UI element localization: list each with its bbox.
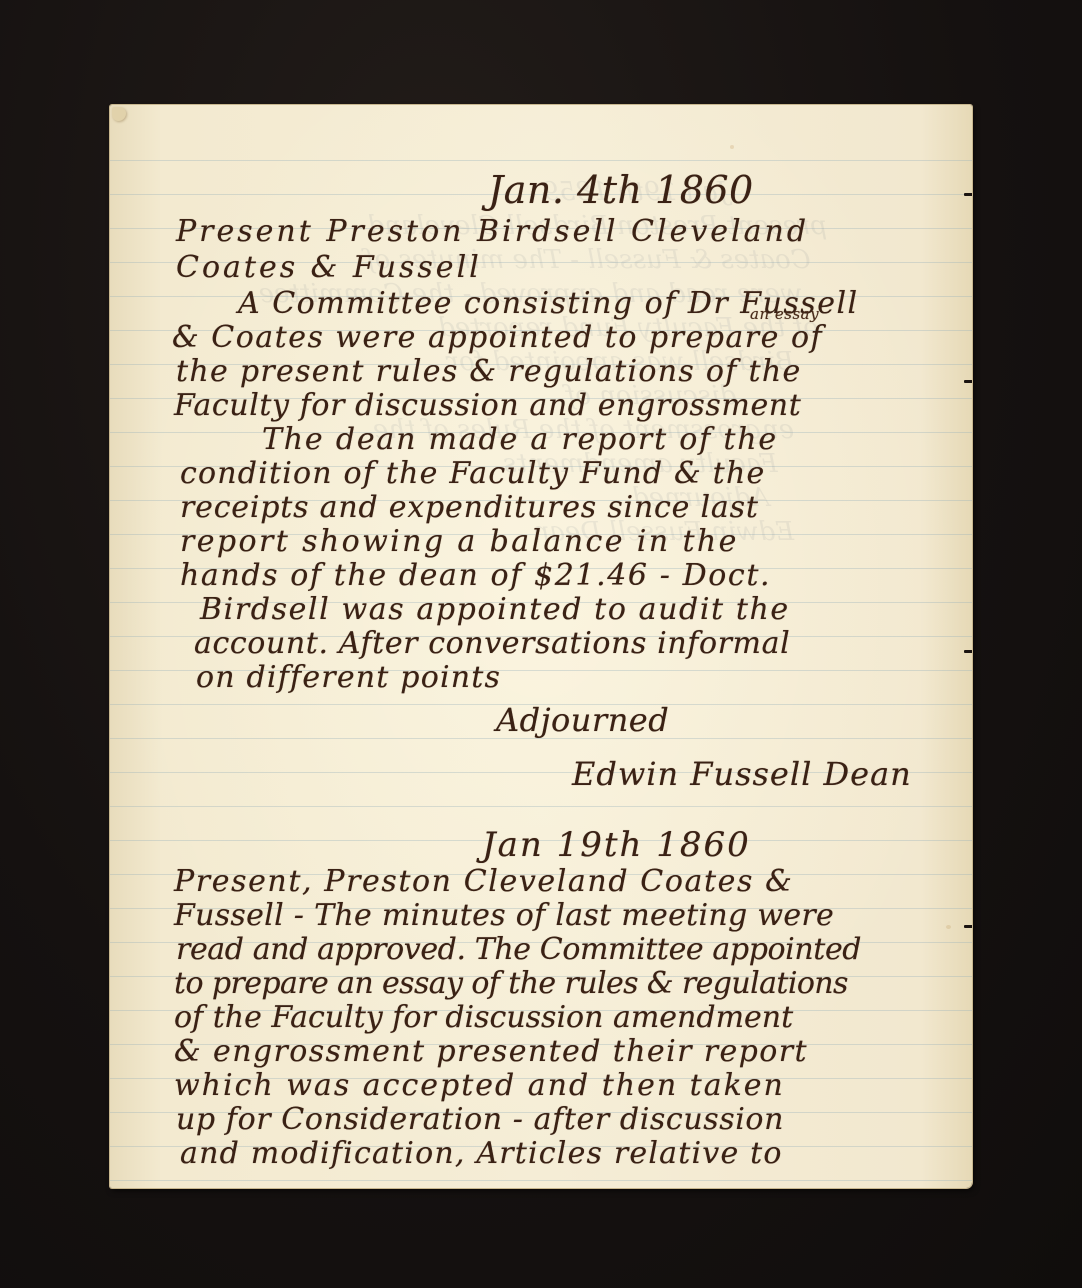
entry1-line: Coates & Fussell <box>176 251 482 285</box>
entry2-line: of the Faculty for discussion amendment <box>174 1001 793 1035</box>
entry1-line: & Coates were appointed to prepare of <box>172 321 823 355</box>
entry1-line: the present rules & regulations of the <box>176 355 802 389</box>
entry2-line: Present, Preston Cleveland Coates & <box>174 865 793 899</box>
entry1-date: Jan. 4th 1860 <box>488 170 754 210</box>
entry1-line: report showing a balance in the <box>180 525 739 559</box>
entry1-line: receipts and expenditures since last <box>180 491 759 525</box>
binding-stitch <box>964 925 972 928</box>
entry2-line: up for Consideration - after discussion <box>176 1103 784 1137</box>
entry1-line: on different points <box>196 661 501 695</box>
entry1-closing: Adjourned <box>496 703 669 737</box>
entry2-line: to prepare an essay of the rules & regul… <box>174 967 848 1001</box>
entry1-signature: Edwin Fussell Dean <box>572 757 912 791</box>
entry1-line: Present Preston Birdsell Cleveland <box>176 215 809 249</box>
entry2-line: and modification, Articles relative to <box>180 1137 783 1171</box>
entry2-line: & engrossment presented their report <box>174 1035 808 1069</box>
entry1-line: account. After conversations informal <box>194 627 790 661</box>
entry1-line: The dean made a report of the <box>262 423 778 457</box>
entry1-line: condition of the Faculty Fund & the <box>180 457 765 491</box>
paper-stain <box>730 145 734 149</box>
entry1-line: Birdsell was appointed to audit the <box>200 593 790 627</box>
entry2-line: read and approved. The Committee appoint… <box>176 933 861 967</box>
paper-stain <box>946 925 951 929</box>
binding-stitch <box>964 193 972 196</box>
entry2-line: which was accepted and then taken <box>174 1069 785 1103</box>
binding-stitch <box>964 650 972 653</box>
manuscript-page: Jan 19th 1859 present Preston Birdsell C… <box>110 105 972 1188</box>
scan-background: Jan 19th 1859 present Preston Birdsell C… <box>0 0 1082 1288</box>
entry1-line: hands of the dean of $21.46 - Doct. <box>180 559 771 593</box>
binding-stitch <box>964 380 972 383</box>
entry2-date: Jan 19th 1860 <box>482 825 751 865</box>
entry2-line: Fussell - The minutes of last meeting we… <box>174 899 834 933</box>
entry1-line: Faculty for discussion and engrossment <box>174 389 801 423</box>
